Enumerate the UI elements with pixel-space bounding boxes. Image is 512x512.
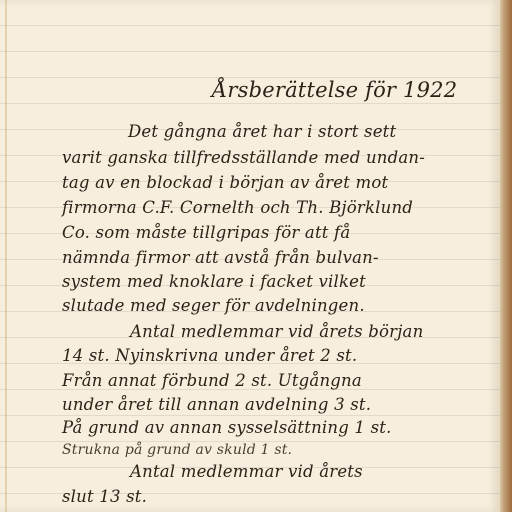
notebook-binding-edge xyxy=(500,0,512,512)
text-line: slut 13 st. xyxy=(62,487,147,506)
text-line: Från annat förbund 2 st. Utgångna xyxy=(62,371,362,390)
text-line: nämnda firmor att avstå från bulvan- xyxy=(62,248,379,267)
text-line: Strukna på grund av skuld 1 st. xyxy=(62,442,292,458)
page-margin-line xyxy=(5,0,7,512)
text-line: firmorna C.F. Cornelth och Th. Björklund xyxy=(62,198,413,217)
text-line: Det gångna året har i stort sett xyxy=(128,122,396,141)
text-line: slutade med seger för avdelningen. xyxy=(62,296,365,315)
text-line: Antal medlemmar vid årets början xyxy=(130,322,423,341)
report-title: Årsberättelse för 1922 xyxy=(212,78,457,102)
text-line: under året till annan avdelning 3 st. xyxy=(62,395,371,414)
text-line: tag av en blockad i början av året mot xyxy=(62,173,388,192)
text-line: På grund av annan sysselsättning 1 st. xyxy=(62,418,392,437)
text-line: system med knoklare i facket vilket xyxy=(62,272,366,291)
text-line: Co. som måste tillgripas för att få xyxy=(62,223,350,242)
notebook-page: Årsberättelse för 1922 Det gångna året h… xyxy=(0,0,500,512)
text-line: 14 st. Nyinskrivna under året 2 st. xyxy=(62,346,357,365)
text-line: Antal medlemmar vid årets xyxy=(130,462,363,481)
text-line: varit ganska tillfredsställande med unda… xyxy=(62,148,425,167)
